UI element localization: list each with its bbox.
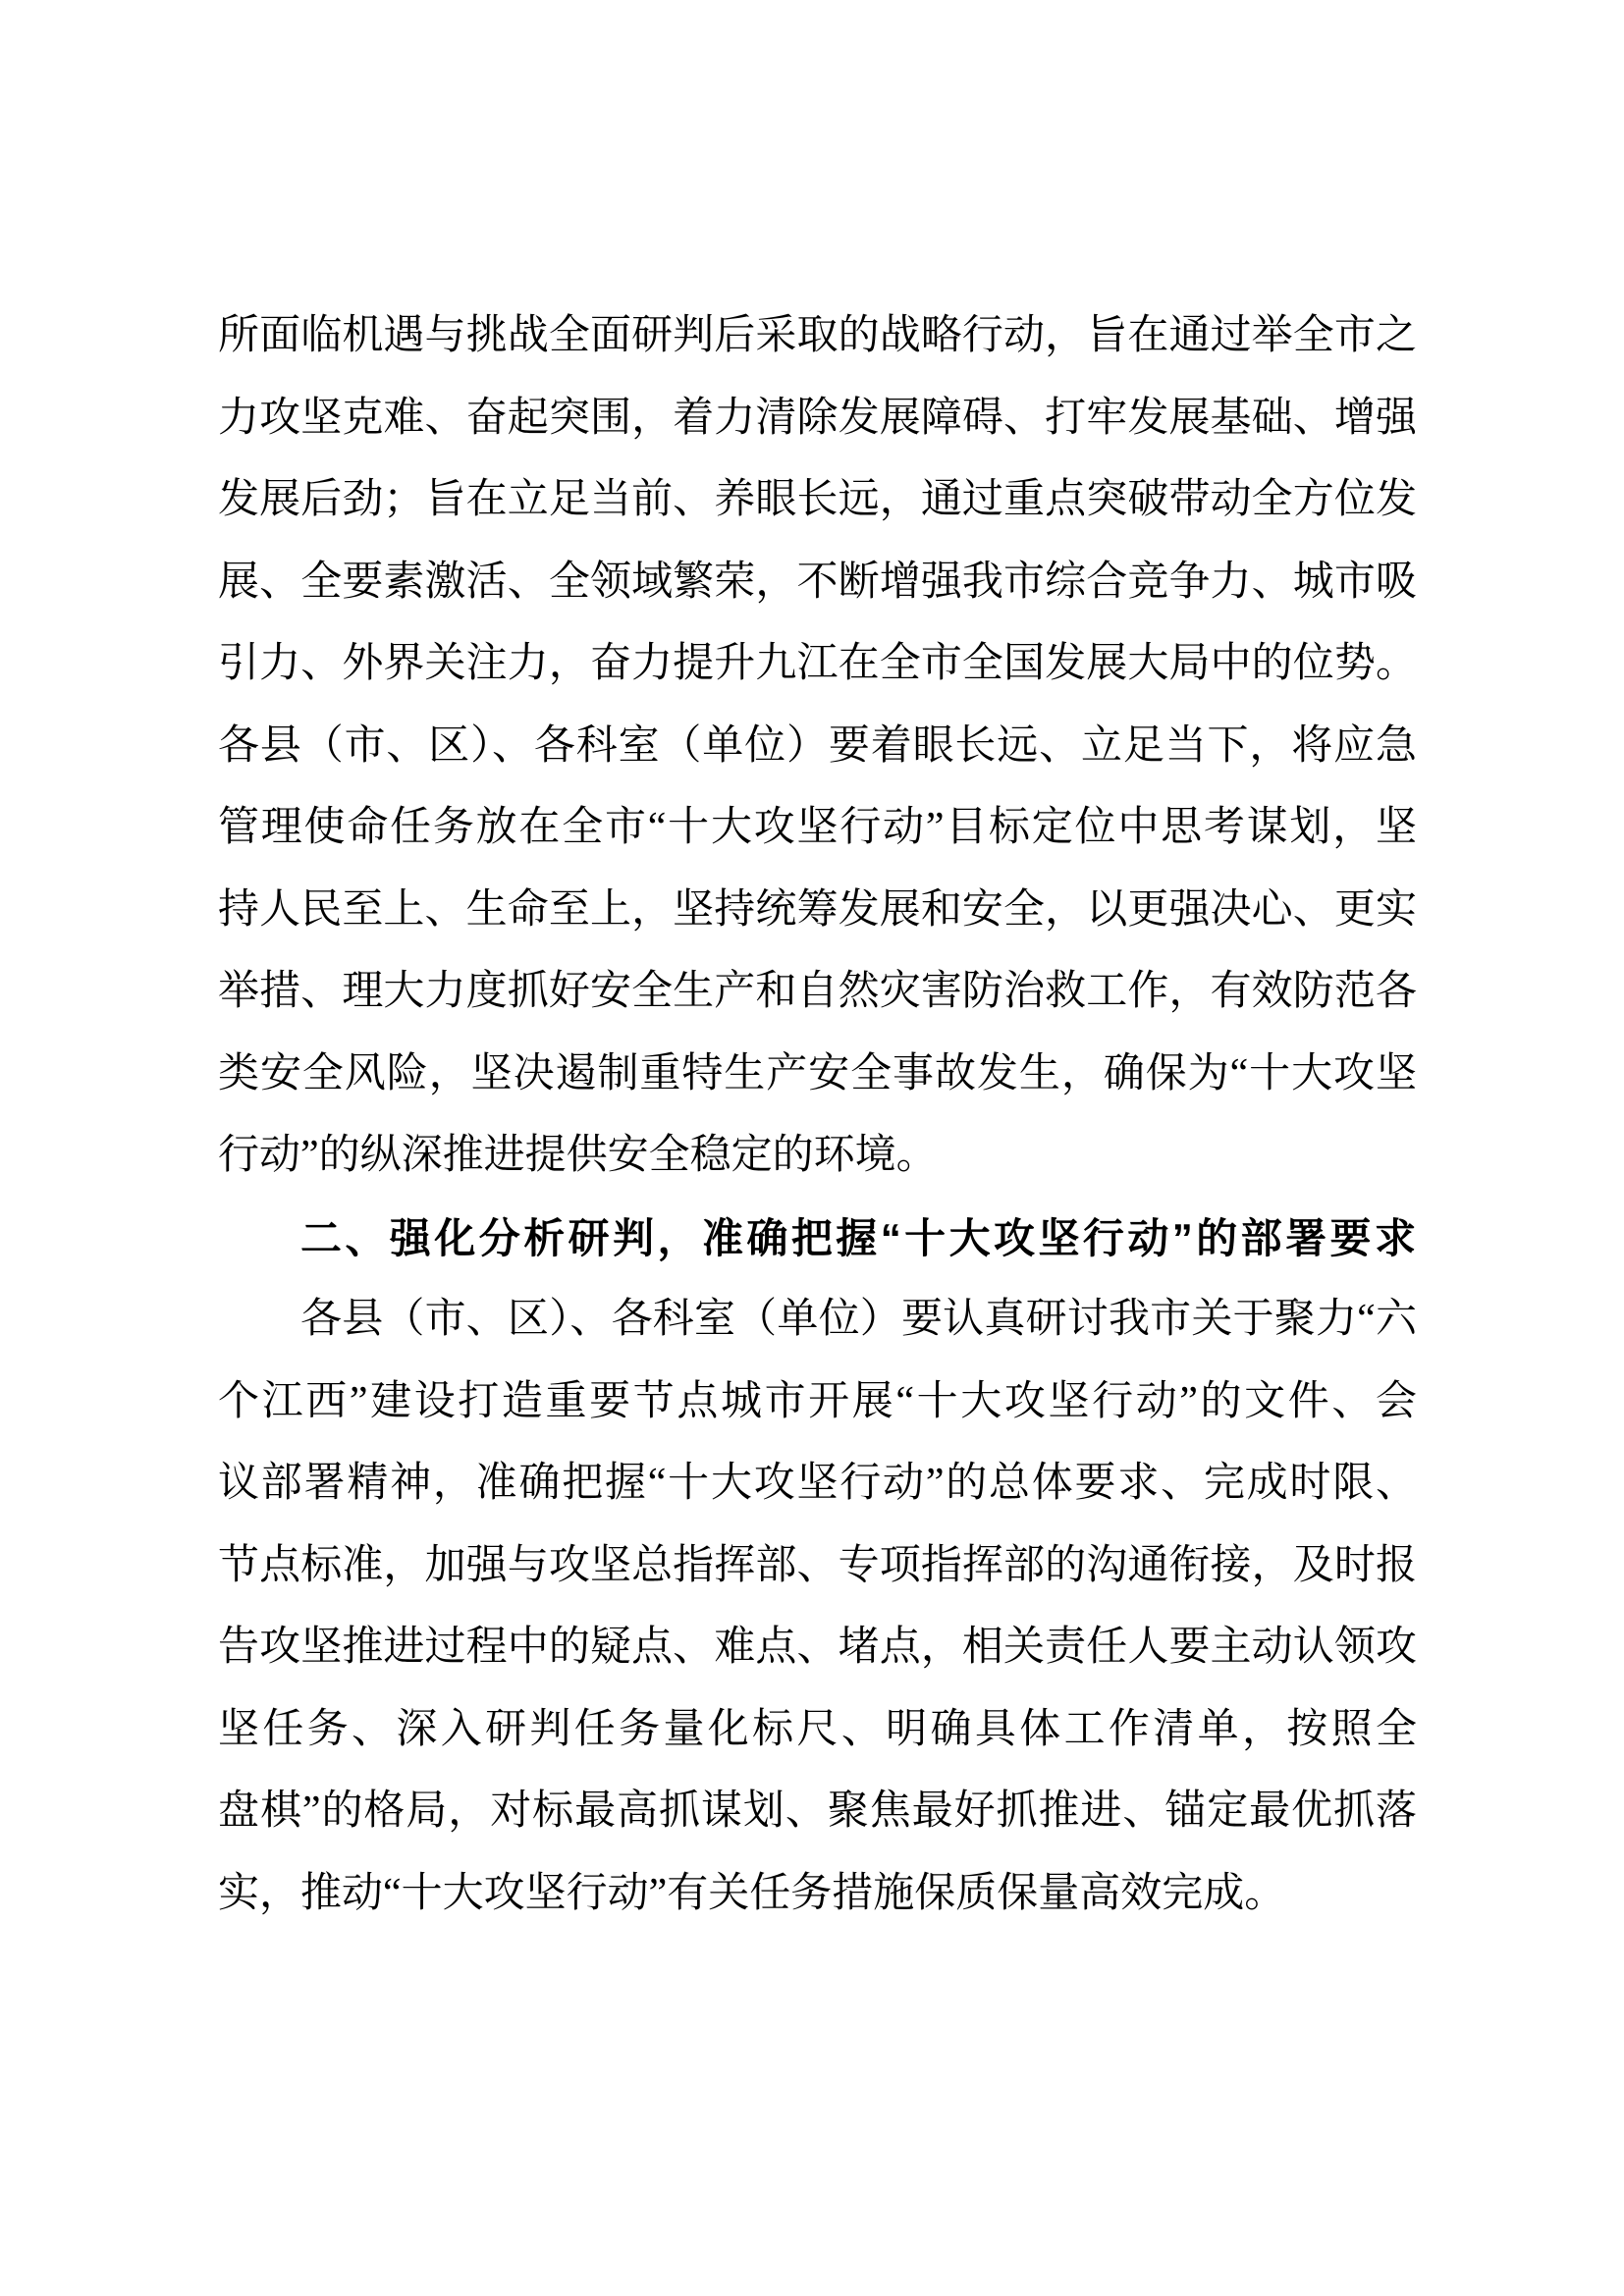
text-line: 展、全要素激活、全领域繁荣，不断增强我市综合竞争力、城市吸 (218, 542, 1417, 624)
text-line: 举措、理大力度抓好安全生产和自然灾害防治救工作，有效防范各 (218, 951, 1417, 1034)
text-line: 各县（市、区）、各科室（单位）要着眼长远、立足当下，将应急 (218, 706, 1417, 788)
document-page: 所面临机遇与挑战全面研判后采取的战略行动，旨在通过举全市之 力攻坚克难、奋起突围… (0, 0, 1624, 2296)
text-line: 发展后劲；旨在立足当前、养眼长远，通过重点突破带动全方位发 (218, 459, 1417, 542)
text-line: 盘棋”的格局，对标最高抓谋划、聚焦最好抓推进、锚定最优抓落 (218, 1771, 1417, 1853)
text-line: 个江西”建设打造重要节点城市开展“十大攻坚行动”的文件、会 (218, 1362, 1417, 1444)
text-line: 坚任务、深入研判任务量化标尺、明确具体工作清单，按照全市“一 (218, 1689, 1417, 1772)
text-line: 议部署精神，准确把握“十大攻坚行动”的总体要求、完成时限、 (218, 1443, 1417, 1525)
text-line: 力攻坚克难、奋起突围，着力清除发展障碍、打牢发展基础、增强 (218, 378, 1417, 460)
text-line: 管理使命任务放在全市“十大攻坚行动”目标定位中思考谋划，坚 (218, 787, 1417, 870)
section-heading: 二、强化分析研判，准确把握“十大攻坚行动”的部署要求 (218, 1198, 1417, 1280)
text-line: 类安全风险，坚决遏制重特生产安全事故发生，确保为“十大攻坚 (218, 1034, 1417, 1116)
document-text-block: 所面临机遇与挑战全面研判后采取的战略行动，旨在通过举全市之 力攻坚克难、奋起突围… (218, 295, 1417, 1935)
text-line: 行动”的纵深推进提供安全稳定的环境。 (218, 1115, 1417, 1198)
text-line: 引力、外界关注力，奋力提升九江在全市全国发展大局中的位势。 (218, 623, 1417, 706)
text-line: 节点标准，加强与攻坚总指挥部、专项指挥部的沟通衔接，及时报 (218, 1525, 1417, 1608)
text-line: 实，推动“十大攻坚行动”有关任务措施保质保量高效完成。 (218, 1853, 1417, 1936)
text-line: 各县（市、区）、各科室（单位）要认真研讨我市关于聚力“六 (218, 1279, 1417, 1362)
text-line: 告攻坚推进过程中的疑点、难点、堵点，相关责任人要主动认领攻 (218, 1607, 1417, 1689)
text-line: 持人民至上、生命至上，坚持统筹发展和安全，以更强决心、更实 (218, 870, 1417, 952)
text-line: 所面临机遇与挑战全面研判后采取的战略行动，旨在通过举全市之 (218, 295, 1417, 378)
